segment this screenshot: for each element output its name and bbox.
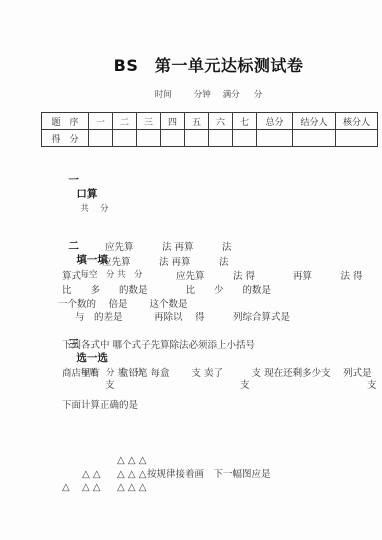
scorer-header: 结分人 — [293, 113, 336, 130]
triangle-group-2-row-1: △ △ — [82, 469, 101, 480]
paper-meta-line: 时间 分钟 满分 分 — [40, 90, 377, 100]
col-4-header: 四 — [161, 113, 185, 130]
choice-question-1: 下列各式中 哪个式子先算除法必须添上小括号 — [62, 341, 255, 351]
unit-label-a: 支 — [105, 381, 115, 391]
col-1-header: 一 — [89, 113, 113, 130]
full-score-label: 满分 — [223, 90, 240, 100]
section-1-title: 口算 — [76, 188, 97, 200]
score-table: 题 序 一 二 三 四 五 六 七 总分 结分人 核分人 得 分 — [41, 112, 378, 147]
points-label: 分 — [254, 90, 263, 100]
score-cell — [185, 130, 209, 147]
checker-header: 核分人 — [336, 113, 378, 130]
fill-blank-line-1: 应先算 法 再算 法 — [105, 243, 232, 253]
col-2-header: 二 — [113, 113, 137, 130]
triangle-group-3-row-1: △ △ △ — [117, 455, 146, 466]
section-3-heading: 三 选一选 每题 分 共 分 — [48, 324, 143, 391]
question-order-header: 题 序 — [42, 113, 89, 130]
fill-blank-line-2: 应先算 法 再算 法 — [102, 258, 229, 268]
test-paper-page: BS 第一单元达标测试卷 时间 分钟 满分 分 题 序 一 二 三 四 五 六 … — [0, 0, 382, 540]
triangle-group-1-row-1: △ — [62, 482, 70, 493]
section-1-heading: 一 口算 共 分 — [48, 160, 109, 227]
score-cell — [209, 130, 233, 147]
unit-label-b: 支 — [240, 381, 250, 391]
section-2-number: 二 — [68, 240, 79, 252]
section-1-number: 一 — [68, 174, 79, 186]
fill-blank-line-5: 一个数的 倍是 这个数是 — [58, 300, 188, 310]
triangle-group-2-row-2: △ △ — [82, 482, 101, 493]
unit-label-c: 支 — [367, 381, 377, 391]
score-cell — [336, 130, 378, 147]
score-cell — [89, 130, 113, 147]
score-table-score-row: 得 分 — [42, 130, 378, 147]
total-score-header: 总分 — [257, 113, 293, 130]
time-label: 时间 — [155, 90, 172, 100]
choice-question-3: 下面计算正确的是 — [62, 401, 138, 411]
section-3-title: 选一选 — [76, 352, 108, 364]
score-cell — [293, 130, 336, 147]
score-table-header-row: 题 序 一 二 三 四 五 六 七 总分 结分人 核分人 — [42, 113, 378, 130]
fill-blank-line-6: 与 的差是 再除以 得 列综合算式是 — [75, 313, 290, 323]
score-cell — [113, 130, 137, 147]
col-7-header: 七 — [233, 113, 257, 130]
col-5-header: 五 — [185, 113, 209, 130]
score-row-label: 得 分 — [42, 130, 89, 147]
score-cell — [233, 130, 257, 147]
page-title: BS 第一单元达标测试卷 — [40, 57, 377, 75]
col-6-header: 六 — [209, 113, 233, 130]
col-3-header: 三 — [137, 113, 161, 130]
fill-blank-line-4: 比 多 的数是 比 少 的数是 — [62, 286, 271, 296]
fill-blank-line-3: 算式 应先算 法 得 再算 法 得 — [62, 272, 363, 282]
section-1-points: 共 分 — [80, 204, 108, 214]
triangle-group-3-row-3: △ △ △ — [117, 482, 146, 493]
choice-question-2: 商店里有 盒铅笔 每盒 支 卖了 支 现在还剩多少支 列式是 — [62, 369, 372, 379]
pattern-question-caption: 按规律接着画 下一幅图应是 — [147, 470, 271, 480]
score-cell — [257, 130, 293, 147]
score-cell — [161, 130, 185, 147]
minutes-label: 分钟 — [194, 90, 211, 100]
score-cell — [137, 130, 161, 147]
triangle-group-3-row-2: △ △ △ — [117, 469, 146, 480]
